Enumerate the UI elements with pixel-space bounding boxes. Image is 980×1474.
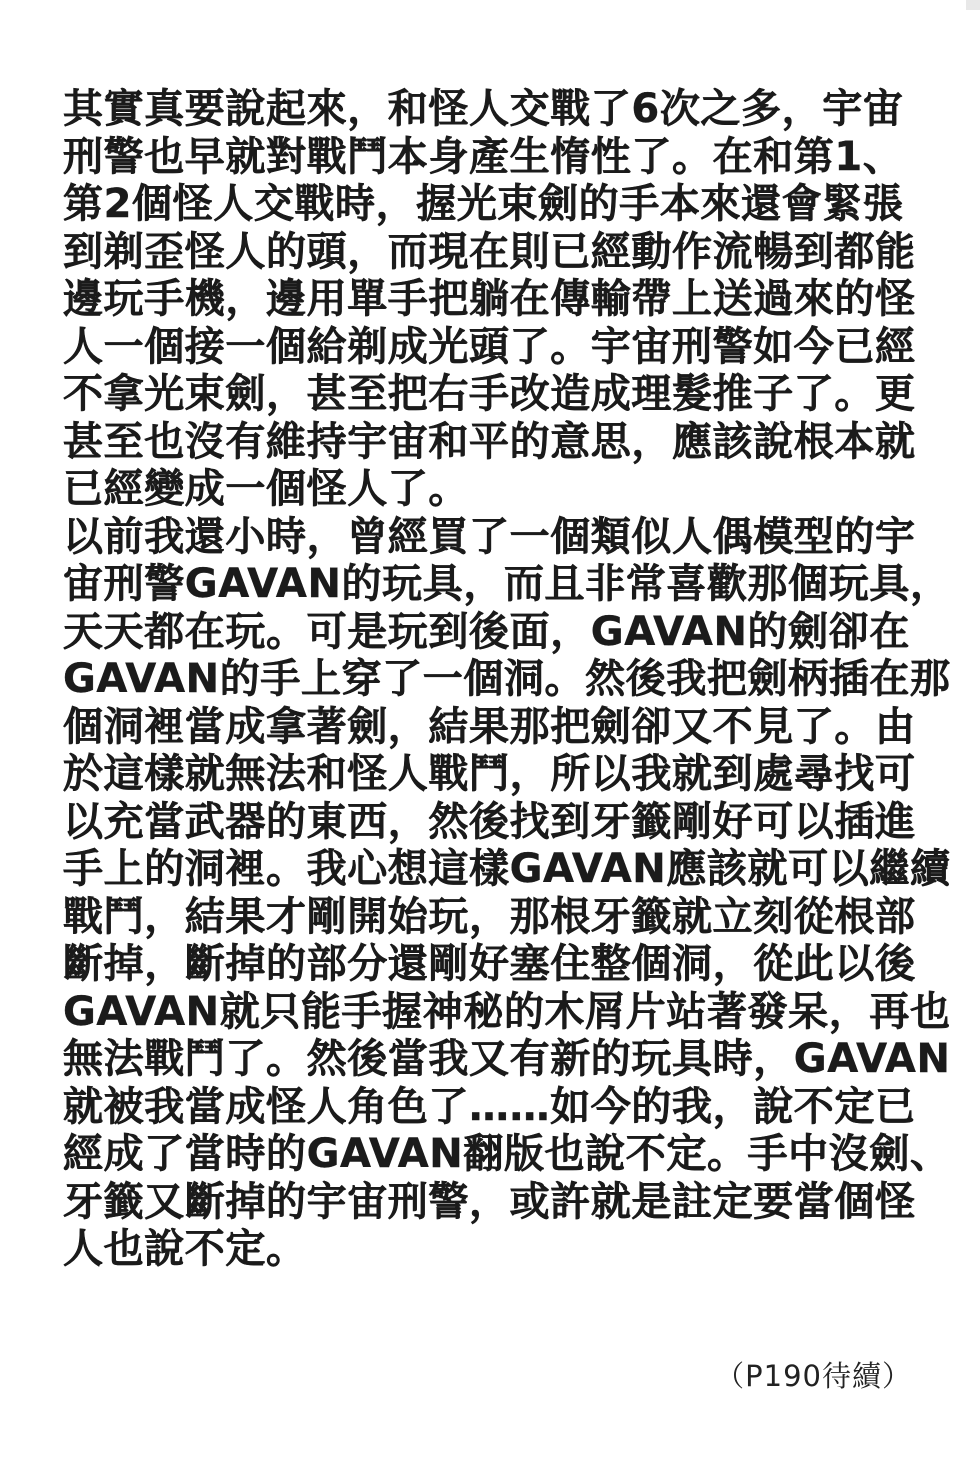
text-line: 第2個怪人交戰時，握光束劍的手本來還會緊張 xyxy=(63,181,919,229)
text-line: 以充當武器的東西，然後找到牙籤剛好可以插進 xyxy=(63,799,919,847)
text-line: 刑警也早就對戰鬥本身產生惰性了。在和第1、 xyxy=(63,134,919,182)
text-line: 人一個接一個給剃成光頭了。宇宙刑警如今已經 xyxy=(63,324,919,372)
text-line: 經成了當時的GAVAN翻版也說不定。手中沒劍、 xyxy=(63,1131,919,1179)
text-block: 其實真要說起來，和怪人交戰了6次之多，宇宙 刑警也早就對戰鬥本身產生惰性了。在和… xyxy=(63,86,919,1274)
text-line: 手上的洞裡。我心想這樣GAVAN應該就可以繼續 xyxy=(63,846,919,894)
text-line: 人也說不定。 xyxy=(63,1226,919,1274)
text-line: 甚至也沒有維持宇宙和平的意思，應該說根本就 xyxy=(63,419,919,467)
paragraph-1: 其實真要說起來，和怪人交戰了6次之多，宇宙 刑警也早就對戰鬥本身產生惰性了。在和… xyxy=(63,86,919,514)
scan-artifact xyxy=(966,0,980,10)
text-line: 就被我當成怪人角色了……如今的我，說不定已 xyxy=(63,1084,919,1132)
text-line: 個洞裡當成拿著劍，結果那把劍卻又不見了。由 xyxy=(63,704,919,752)
scanned-text-page: 其實真要說起來，和怪人交戰了6次之多，宇宙 刑警也早就對戰鬥本身產生惰性了。在和… xyxy=(0,0,980,1474)
text-line: 已經變成一個怪人了。 xyxy=(63,466,919,514)
text-line: 天天都在玩。可是玩到後面，GAVAN的劍卻在 xyxy=(63,609,919,657)
paragraph-2: 以前我還小時，曾經買了一個類似人偶模型的宇 宙刑警GAVAN的玩具，而且非常喜歡… xyxy=(63,514,919,1274)
text-line: 宙刑警GAVAN的玩具，而且非常喜歡那個玩具， xyxy=(63,561,919,609)
text-line: 牙籤又斷掉的宇宙刑警，或許就是註定要當個怪 xyxy=(63,1179,919,1227)
text-line: 以前我還小時，曾經買了一個類似人偶模型的宇 xyxy=(63,514,919,562)
text-line: 邊玩手機，邊用單手把躺在傳輸帶上送過來的怪 xyxy=(63,276,919,324)
text-line: GAVAN的手上穿了一個洞。然後我把劍柄插在那 xyxy=(63,656,919,704)
text-line: GAVAN就只能手握神秘的木屑片站著發呆，再也 xyxy=(63,989,919,1037)
text-line: 於這樣就無法和怪人戰鬥，所以我就到處尋找可 xyxy=(63,751,919,799)
text-line: 戰鬥，結果才剛開始玩，那根牙籤就立刻從根部 xyxy=(63,894,919,942)
text-line: 其實真要說起來，和怪人交戰了6次之多，宇宙 xyxy=(63,86,919,134)
page-continuation-note: （P190待續） xyxy=(715,1358,912,1394)
text-line: 到剃歪怪人的頭，而現在則已經動作流暢到都能 xyxy=(63,229,919,277)
text-line: 斷掉，斷掉的部分還剛好塞住整個洞，從此以後 xyxy=(63,941,919,989)
text-line: 不拿光束劍，甚至把右手改造成理髮推子了。更 xyxy=(63,371,919,419)
text-line: 無法戰鬥了。然後當我又有新的玩具時，GAVAN xyxy=(63,1036,919,1084)
